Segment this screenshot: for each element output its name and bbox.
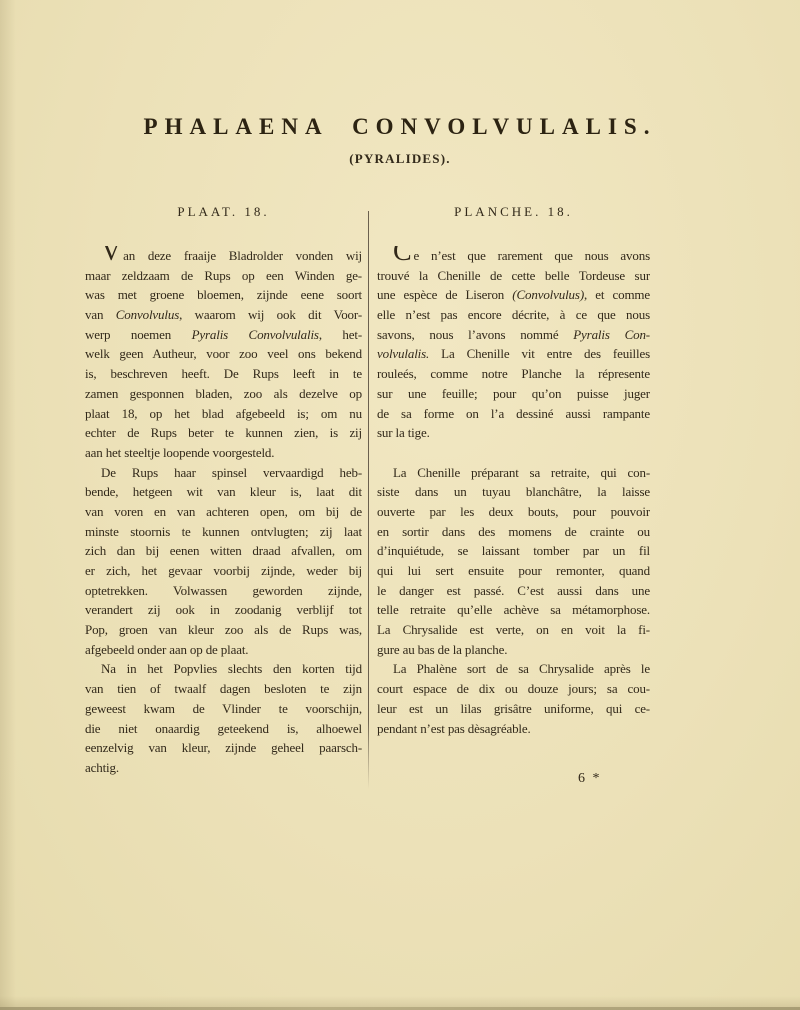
text-segment: eenzelvig van kleur, zijnde geheel paars… bbox=[85, 740, 362, 755]
text-line: Na in het Popvlies slechts den korten ti… bbox=[85, 659, 362, 679]
text-segment: die niet onaardig geteekend is, alhoewel bbox=[85, 721, 362, 736]
large-initial-letter: V bbox=[101, 246, 121, 266]
text-segment: sur une feuille; pour qu’on puisse juger bbox=[377, 386, 650, 401]
italic-text-segment: Convolvulus bbox=[116, 307, 179, 322]
page-subtitle: (PYRALIDES). bbox=[0, 151, 800, 167]
text-segment: Na in het Popvlies slechts den korten ti… bbox=[101, 661, 362, 676]
text-line: was met groene bloemen, zijnde eene soor… bbox=[85, 285, 362, 305]
text-line: aan het steeltje loopende voorgesteld. bbox=[85, 443, 362, 463]
text-segment: La Chrysalide est verte, on en voit la f… bbox=[377, 622, 650, 637]
paragraph: Van deze fraaije Bladrolder vonden wijma… bbox=[85, 246, 362, 463]
text-segment: echter de Rups beter te kunnen zien, is … bbox=[85, 425, 362, 440]
italic-text-segment: volvulalis. bbox=[377, 346, 429, 361]
text-segment: plaat 18, op het blad afgebeeld is; om n… bbox=[85, 406, 362, 421]
text-segment: ouverte par les deux bouts, pour pouvoir bbox=[377, 504, 650, 519]
text-segment: , waarom wij ook dit Voor- bbox=[179, 307, 362, 322]
paragraph: Na in het Popvlies slechts den korten ti… bbox=[85, 659, 362, 777]
text-line: de sa forme on l’a dessiné aussi rampant… bbox=[377, 404, 650, 424]
text-line: eenzelvig van kleur, zijnde geheel paars… bbox=[85, 738, 362, 758]
signature-mark: 6 * bbox=[578, 771, 602, 787]
text-line: court espace de dix ou douze jours; sa c… bbox=[377, 679, 650, 699]
text-segment: qui lui sert ensuite pour remonter, quan… bbox=[377, 563, 650, 578]
text-segment: , het- bbox=[319, 327, 362, 342]
large-initial-letter: C bbox=[393, 246, 412, 266]
text-line: elle n’est pas encore décrite, à ce que … bbox=[377, 305, 650, 325]
text-segment: La Chenille préparant sa retraite, qui c… bbox=[393, 465, 650, 480]
paragraph: La Phalène sort de sa Chrysalide après l… bbox=[377, 659, 650, 738]
text-segment: le danger est passé. C’est aussi dans un… bbox=[377, 583, 650, 598]
text-line: Pop, groen van kleur zoo als de Rups was… bbox=[85, 620, 362, 640]
text-line: geweest kwam de Vlinder te voorschijn, bbox=[85, 699, 362, 719]
text-segment: leur est un lilas grisâtre uniforme, qui… bbox=[377, 701, 650, 716]
text-segment: verandert zij ook in zoodanig verblijf t… bbox=[85, 602, 362, 617]
text-line: qui lui sert ensuite pour remonter, quan… bbox=[377, 561, 650, 581]
text-line: trouvé la Chenille de cette belle Tordeu… bbox=[377, 266, 650, 286]
text-line: welk geen Autheur, voor zoo veel ons bek… bbox=[85, 344, 362, 364]
text-segment: afgebeeld onder aan op de plaat. bbox=[85, 642, 248, 657]
text-line: ouverte par les deux bouts, pour pouvoir bbox=[377, 502, 650, 522]
text-line: van Convolvulus, waarom wij ook dit Voor… bbox=[85, 305, 362, 325]
text-segment: elle n’est pas encore décrite, à ce que … bbox=[377, 307, 650, 322]
page-title: PHALAENA CONVOLVULALIS. bbox=[0, 114, 800, 140]
text-segment: gure au bas de la planche. bbox=[377, 642, 507, 657]
text-line: zamen gesponnen bladen, zoo als dezelve … bbox=[85, 384, 362, 404]
text-line: telle retraite qu’elle achève sa métamor… bbox=[377, 600, 650, 620]
text-line: zich dan bij eenen witten draad afvallen… bbox=[85, 541, 362, 561]
text-line: volvulalis. La Chenille vit entre des fe… bbox=[377, 344, 650, 364]
paragraph: De Rups haar spinsel vervaardigd heb-ben… bbox=[85, 463, 362, 660]
text-segment: Pop, groen van kleur zoo als de Rups was… bbox=[85, 622, 362, 637]
text-segment: an deze fraaije Bladrolder vonden wij bbox=[123, 248, 362, 263]
italic-text-segment: Pyralis Convolvulalis bbox=[192, 327, 319, 342]
text-segment: van bbox=[85, 307, 116, 322]
text-line: verandert zij ook in zoodanig verblijf t… bbox=[85, 600, 362, 620]
text-segment: trouvé la Chenille de cette belle Tordeu… bbox=[377, 268, 650, 283]
text-line: er zich, het gevaar voorbij zijnde, wede… bbox=[85, 561, 362, 581]
text-line: plaat 18, op het blad afgebeeld is; om n… bbox=[85, 404, 362, 424]
text-line: optetrekken. Volwassen geworden zijnde, bbox=[85, 581, 362, 601]
text-line: van tien of twaalf dagen besloten te zij… bbox=[85, 679, 362, 699]
text-line: maar zeldzaam de Rups op een Winden ge- bbox=[85, 266, 362, 286]
left-column-header: PLAAT. 18. bbox=[85, 204, 362, 220]
text-segment: pendant n’est pas dèsagréable. bbox=[377, 721, 531, 736]
text-line: werp noemen Pyralis Convolvulalis, het- bbox=[85, 325, 362, 345]
text-segment: La Chenille vit entre des feuilles bbox=[429, 346, 650, 361]
text-line: La Chenille préparant sa retraite, qui c… bbox=[377, 463, 650, 483]
text-segment: court espace de dix ou douze jours; sa c… bbox=[377, 681, 650, 696]
text-segment: une espèce de Liseron bbox=[377, 287, 512, 302]
text-segment: welk geen Autheur, voor zoo veel ons bek… bbox=[85, 346, 362, 361]
text-segment: was met groene bloemen, zijnde eene soor… bbox=[85, 287, 362, 302]
text-segment: minste stoornis te kunnen ontvlugten; zi… bbox=[85, 524, 362, 539]
paragraph: La Chenille préparant sa retraite, qui c… bbox=[377, 463, 650, 660]
text-segment: optetrekken. Volwassen geworden zijnde, bbox=[85, 583, 362, 598]
text-line: De Rups haar spinsel vervaardigd heb- bbox=[85, 463, 362, 483]
text-line: une espèce de Liseron (Convolvulus), et … bbox=[377, 285, 650, 305]
text-line: bende, hetgeen wit van kleur is, laat di… bbox=[85, 482, 362, 502]
column-divider-rule bbox=[368, 211, 369, 789]
text-line: die niet onaardig geteekend is, alhoewel bbox=[85, 719, 362, 739]
text-segment: La Phalène sort de sa Chrysalide après l… bbox=[393, 661, 650, 676]
text-segment: d’inquiétude, se laissant tomber par un … bbox=[377, 543, 650, 558]
text-segment: van voren en van achteren open, om bij d… bbox=[85, 504, 362, 519]
text-line: d’inquiétude, se laissant tomber par un … bbox=[377, 541, 650, 561]
text-line: en sortir dans des momens de crainte ou bbox=[377, 522, 650, 542]
text-line: is, beschreven heeft. De Rups leeft in t… bbox=[85, 364, 362, 384]
text-segment: en sortir dans des momens de crainte ou bbox=[377, 524, 650, 539]
text-segment: savons, nous l’avons nommé bbox=[377, 327, 573, 342]
text-line: pendant n’est pas dèsagréable. bbox=[377, 719, 650, 739]
text-line: echter de Rups beter te kunnen zien, is … bbox=[85, 423, 362, 443]
text-line: rouleés, comme notre Planche la répresen… bbox=[377, 364, 650, 384]
text-line: siste dans un tuyau blanchâtre, la laiss… bbox=[377, 482, 650, 502]
right-column-header: PLANCHE. 18. bbox=[377, 204, 650, 220]
text-segment: werp noemen bbox=[85, 327, 192, 342]
text-segment: is, beschreven heeft. De Rups leeft in t… bbox=[85, 366, 362, 381]
text-line: sur la tige. bbox=[377, 423, 650, 443]
text-line: savons, nous l’avons nommé Pyralis Con- bbox=[377, 325, 650, 345]
text-segment: sur la tige. bbox=[377, 425, 430, 440]
book-page: PHALAENA CONVOLVULALIS. (PYRALIDES). PLA… bbox=[0, 0, 800, 1010]
text-line: La Phalène sort de sa Chrysalide après l… bbox=[377, 659, 650, 679]
text-segment: de sa forme on l’a dessiné aussi rampant… bbox=[377, 406, 650, 421]
text-line: Van deze fraaije Bladrolder vonden wij bbox=[85, 246, 362, 266]
text-line: leur est un lilas grisâtre uniforme, qui… bbox=[377, 699, 650, 719]
left-column-dutch-text: Van deze fraaije Bladrolder vonden wijma… bbox=[85, 246, 362, 778]
text-segment: geweest kwam de Vlinder te voorschijn, bbox=[85, 701, 362, 716]
text-line: gure au bas de la planche. bbox=[377, 640, 650, 660]
text-line: le danger est passé. C’est aussi dans un… bbox=[377, 581, 650, 601]
text-segment: De Rups haar spinsel vervaardigd heb- bbox=[101, 465, 362, 480]
text-line: achtig. bbox=[85, 758, 362, 778]
text-segment: zamen gesponnen bladen, zoo als dezelve … bbox=[85, 386, 362, 401]
text-segment: van tien of twaalf dagen besloten te zij… bbox=[85, 681, 362, 696]
text-segment: siste dans un tuyau blanchâtre, la laiss… bbox=[377, 484, 650, 499]
text-segment: rouleés, comme notre Planche la répresen… bbox=[377, 366, 650, 381]
paragraph: Ce n’est que rarement que nous avonstrou… bbox=[377, 246, 650, 443]
text-segment: , et comme bbox=[584, 287, 650, 302]
text-segment: e n’est que rarement que nous avons bbox=[414, 248, 650, 263]
text-line: sur une feuille; pour qu’on puisse juger bbox=[377, 384, 650, 404]
right-column-french-text: Ce n’est que rarement que nous avonstrou… bbox=[377, 246, 650, 738]
text-line: La Chrysalide est verte, on en voit la f… bbox=[377, 620, 650, 640]
text-line: Ce n’est que rarement que nous avons bbox=[377, 246, 650, 266]
text-segment: maar zeldzaam de Rups op een Winden ge- bbox=[85, 268, 362, 283]
italic-text-segment: Pyralis Con- bbox=[573, 327, 650, 342]
text-segment: achtig. bbox=[85, 760, 119, 775]
text-segment: er zich, het gevaar voorbij zijnde, wede… bbox=[85, 563, 362, 578]
text-line: afgebeeld onder aan op de plaat. bbox=[85, 640, 362, 660]
italic-text-segment: (Convolvulus) bbox=[512, 287, 584, 302]
text-segment: telle retraite qu’elle achève sa métamor… bbox=[377, 602, 650, 617]
text-line: minste stoornis te kunnen ontvlugten; zi… bbox=[85, 522, 362, 542]
text-line: van voren en van achteren open, om bij d… bbox=[85, 502, 362, 522]
text-segment: zich dan bij eenen witten draad afvallen… bbox=[85, 543, 362, 558]
text-segment: aan het steeltje loopende voorgesteld. bbox=[85, 445, 274, 460]
text-segment: bende, hetgeen wit van kleur is, laat di… bbox=[85, 484, 362, 499]
